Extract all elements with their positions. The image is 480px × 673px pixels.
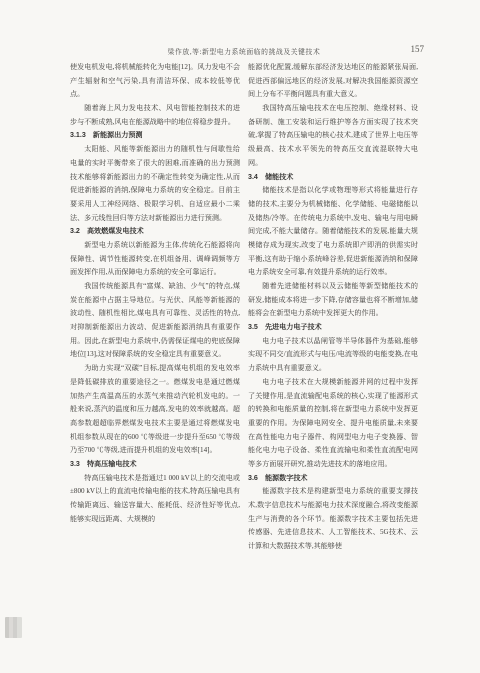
paragraph: 储能技术是指以化学或物理等形式将能量进行存储的技术,主要分为机械储能、化学储能、… bbox=[248, 184, 418, 280]
paragraph-continuation: 能源优化配置,缓解东部经济发达地区的能源紧张局面,促进西部偏远地区的经济发展,对… bbox=[248, 61, 418, 102]
section-heading-3-4: 3.4 储能技术 bbox=[248, 171, 418, 185]
running-head: 梁作放,等:新型电力系统面临的挑战及关键技术 bbox=[70, 46, 418, 56]
section-heading-3-2: 3.2 高效燃煤发电技术 bbox=[70, 225, 240, 239]
paragraph: 电力电子技术在大规模新能源并网的过程中发挥了关键作用,是直流输配电系统的核心,实… bbox=[248, 376, 418, 472]
paragraph: 随着先进储能材料以及云储能等新型储能技术的研发,储能成本将进一步下降,存储容量也… bbox=[248, 280, 418, 321]
section-heading-3-5: 3.5 先进电力电子技术 bbox=[248, 321, 418, 335]
column-left: 使发电机发电,将机械能转化为电能[12]。风力发电不会产生辐射和空气污染,具有清… bbox=[70, 61, 240, 601]
paragraph: 我国传统能源具有“富煤、缺油、少气”的特点,煤炭在能源中占据主导地位。与光伏、风… bbox=[70, 280, 240, 362]
paragraph: 特高压输电技术是指通过1 000 kV以上的交流电或±800 kV以上的直流电传… bbox=[70, 472, 240, 527]
section-heading-3-3: 3.3 特高压输电技术 bbox=[70, 458, 240, 472]
scan-artifact-mark bbox=[5, 617, 22, 638]
paragraph: 随着海上风力发电技术、风电智能控制技术的进步与不断成熟,风电在能源战略中的地位将… bbox=[70, 102, 240, 129]
paragraph: 电力电子技术以晶闸管等半导体器件为基础,能够实现不同交/直流形式与电压/电流等级… bbox=[248, 335, 418, 376]
paragraph: 太阳能、风能等新能源出力的随机性与间歇性给电量的实时平衡带来了很大的困难,而准确… bbox=[70, 143, 240, 225]
section-heading-3-6: 3.6 能源数字技术 bbox=[248, 472, 418, 486]
paper-page: 梁作放,等:新型电力系统面临的挑战及关键技术 157 使发电机发电,将机械能转化… bbox=[0, 0, 480, 673]
paragraph: 新型电力系统以新能源为主体,传统化石能源将向保障性、调节性能源转变,在机组备用、… bbox=[70, 239, 240, 280]
page-number: 157 bbox=[411, 44, 425, 54]
section-heading-3-1-3: 3.1.3 新能源出力预测 bbox=[70, 129, 240, 143]
text-columns: 使发电机发电,将机械能转化为电能[12]。风力发电不会产生辐射和空气污染,具有清… bbox=[70, 61, 418, 601]
paragraph: 能源数字技术是构建新型电力系统的重要支撑技术,数字信息技术与能源电力技术深度融合… bbox=[248, 485, 418, 553]
paragraph-continuation: 使发电机发电,将机械能转化为电能[12]。风力发电不会产生辐射和空气污染,具有清… bbox=[70, 61, 240, 102]
column-right: 能源优化配置,缓解东部经济发达地区的能源紧张局面,促进西部偏远地区的经济发展,对… bbox=[248, 61, 418, 601]
paragraph: 为助力实现“双碳”目标,提高煤电机组的发电效率是降低碳排放的重要途径之一。燃煤发… bbox=[70, 362, 240, 458]
paragraph: 我国特高压输电技术在电压控制、绝缘材料、设备研制、施工安装和运行维护等各方面实现… bbox=[248, 102, 418, 170]
